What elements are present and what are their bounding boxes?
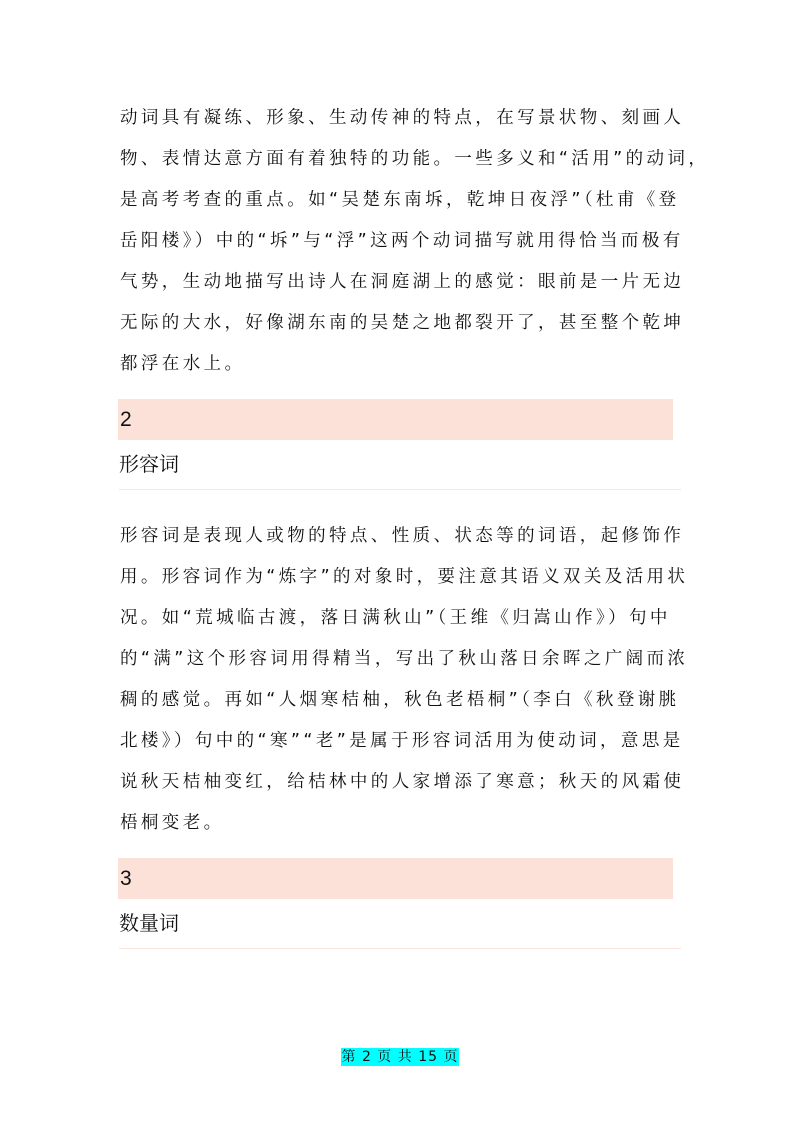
paragraph-line: 说秋天桔柚变红，给桔林中的人家增添了寒意；秋天的风霜使 bbox=[120, 762, 682, 803]
section-paragraph: 形容词是表现人或物的特点、性质、状态等的词语，起修饰作 用。形容词作为“炼字”的… bbox=[120, 516, 682, 844]
section-title: 形容词 bbox=[119, 440, 681, 490]
intro-paragraph: 动词具有凝练、形象、生动传神的特点，在写景状物、刻画人 物、表情达意方面有着独特… bbox=[120, 98, 682, 385]
paragraph-line: 稠的感觉。再如“人烟寒桔柚，秋色老梧桐”（李白《秋登谢朓 bbox=[120, 680, 682, 721]
section-number: 2 bbox=[120, 408, 132, 432]
paragraph-line: 的“满”这个形容词用得精当，写出了秋山落日余晖之广阔而浓 bbox=[120, 639, 682, 680]
paragraph-line: 形容词是表现人或物的特点、性质、状态等的词语，起修饰作 bbox=[120, 516, 682, 557]
page-indicator: 第 2 页 共 15 页 bbox=[341, 1048, 460, 1066]
section-title: 数量词 bbox=[119, 899, 681, 949]
paragraph-line: 无际的大水，好像湖东南的吴楚之地都裂开了，甚至整个乾坤 bbox=[120, 303, 682, 344]
paragraph-line: 况。如“荒城临古渡，落日满秋山”（王维《归嵩山作》）句中 bbox=[120, 598, 682, 639]
paragraph-line: 气势，生动地描写出诗人在洞庭湖上的感觉：眼前是一片无边 bbox=[120, 262, 682, 303]
document-page: 动词具有凝练、形象、生动传神的特点，在写景状物、刻画人 物、表情达意方面有着独特… bbox=[120, 98, 682, 949]
paragraph-line: 物、表情达意方面有着独特的功能。一些多义和“活用”的动词， bbox=[120, 139, 682, 180]
section-number-band: 2 bbox=[118, 399, 673, 440]
paragraph-line: 北楼》）句中的“寒”“老”是属于形容词活用为使动词，意思是 bbox=[120, 721, 682, 762]
paragraph-line: 是高考考查的重点。如“吴楚东南坼，乾坤日夜浮”（杜甫《登 bbox=[120, 180, 682, 221]
paragraph-line: 动词具有凝练、形象、生动传神的特点，在写景状物、刻画人 bbox=[120, 98, 682, 139]
paragraph-line: 岳阳楼》）中的“坼”与“浮”这两个动词描写就用得恰当而极有 bbox=[120, 221, 682, 262]
section-number-band: 3 bbox=[118, 858, 673, 899]
paragraph-line: 梧桐变老。 bbox=[120, 803, 682, 844]
paragraph-line: 都浮在水上。 bbox=[120, 344, 682, 385]
section-number: 3 bbox=[120, 867, 132, 891]
page-footer: 第 2 页 共 15 页 bbox=[0, 1046, 800, 1066]
paragraph-line: 用。形容词作为“炼字”的对象时，要注意其语义双关及活用状 bbox=[120, 557, 682, 598]
